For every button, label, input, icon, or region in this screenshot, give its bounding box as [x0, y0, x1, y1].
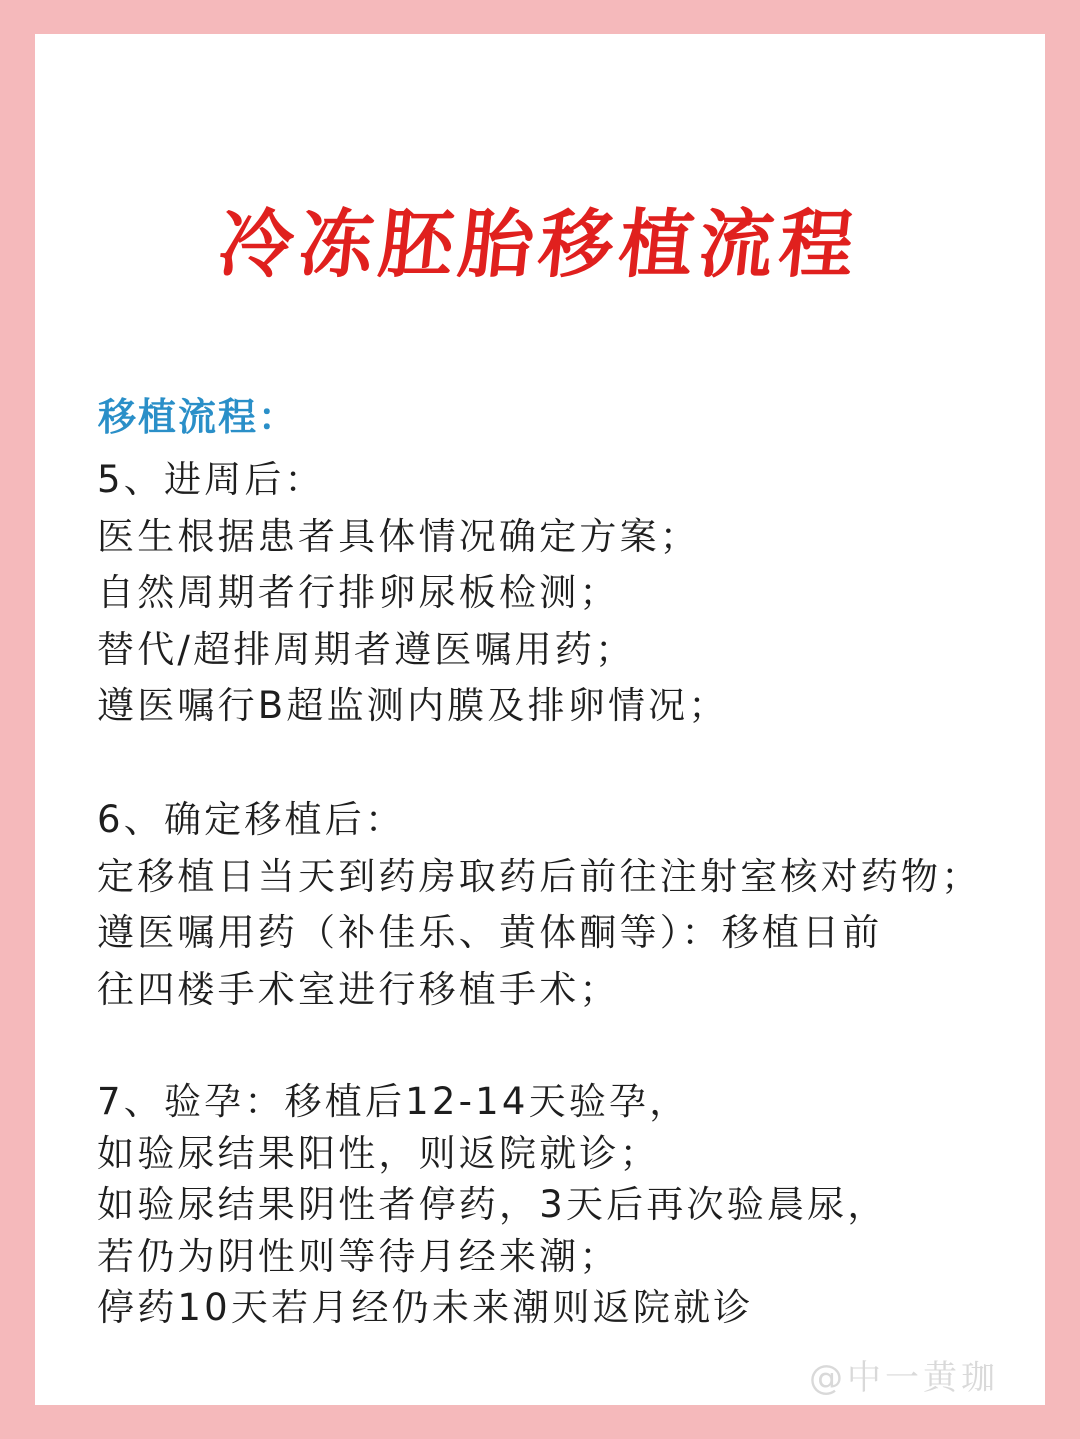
watermark: @中一黄珈 [809, 1350, 999, 1399]
step-line: 医生根据患者具体情况确定方案； [97, 509, 729, 566]
step-line: 自然周期者行排卵尿板检测； [97, 565, 729, 622]
step-5-section: 5、进周后： 医生根据患者具体情况确定方案； 自然周期者行排卵尿板检测； 替代/… [97, 452, 729, 735]
step-line: 遵医嘱行B超监测内膜及排卵情况； [97, 678, 729, 735]
step-heading: 6、确定移植后： [97, 792, 981, 849]
step-6-section: 6、确定移植后： 定移植日当天到药房取药后前往注射室核对药物； 遵医嘱用药（补佳… [97, 792, 981, 1018]
section-subtitle: 移植流程： [98, 386, 298, 441]
step-heading: 7、验孕：移植后12-14天验孕， [97, 1076, 888, 1128]
step-7-section: 7、验孕：移植后12-14天验孕， 如验尿结果阳性，则返院就诊； 如验尿结果阴性… [97, 1076, 888, 1334]
step-line: 如验尿结果阴性者停药，3天后再次验晨尿， [97, 1179, 888, 1231]
page-title: 冷冻胚胎移植流程 [29, 186, 1050, 292]
step-heading: 5、进周后： [97, 452, 729, 509]
step-line: 如验尿结果阳性，则返院就诊； [97, 1128, 888, 1180]
step-line: 若仍为阴性则等待月经来潮； [97, 1231, 888, 1283]
content-card: 冷冻胚胎移植流程 移植流程： 5、进周后： 医生根据患者具体情况确定方案； 自然… [35, 34, 1045, 1405]
step-line: 替代/超排周期者遵医嘱用药； [97, 622, 729, 679]
step-line: 往四楼手术室进行移植手术； [97, 962, 981, 1019]
step-line: 定移植日当天到药房取药后前往注射室核对药物； [97, 849, 981, 906]
step-line: 停药10天若月经仍未来潮则返院就诊 [97, 1282, 888, 1334]
step-line: 遵医嘱用药（补佳乐、黄体酮等）：移植日前 [97, 905, 981, 962]
